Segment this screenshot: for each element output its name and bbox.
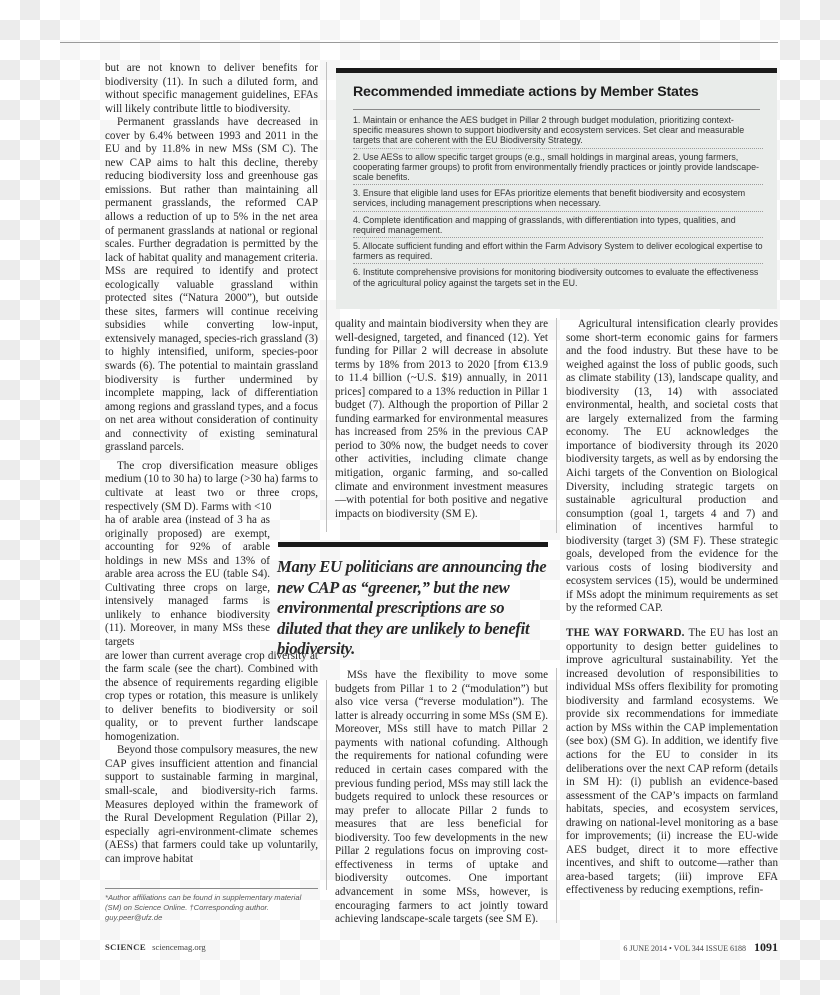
top-rule <box>60 42 778 43</box>
col2-paragraph-2: MSs have the flexibility to move some bu… <box>335 669 548 926</box>
issue-info: 6 JUNE 2014 • VOL 344 ISSUE 6188 <box>623 944 746 953</box>
footnote-rule <box>105 888 318 889</box>
recommendation-item: 1. Maintain or enhance the AES budget in… <box>353 114 763 149</box>
col1-paragraph-2: Permanent grasslands have decreased in c… <box>105 116 318 455</box>
box-title-rule <box>353 109 760 110</box>
column-divider-1 <box>326 62 327 532</box>
recommendation-item: 5. Allocate sufficient funding and effor… <box>353 240 763 264</box>
col3-paragraph-2: THE WAY FORWARD. The EU has lost an oppo… <box>566 627 778 898</box>
box-title: Recommended immediate actions by Member … <box>353 84 699 100</box>
recommendation-item: 6. Institute comprehensive provisions fo… <box>353 266 763 289</box>
col1-paragraph-3b: ha of arable area (instead of 3 ha as or… <box>105 514 270 649</box>
pull-quote-rule <box>278 542 548 547</box>
recommendations-box: Recommended immediate actions by Member … <box>336 68 777 309</box>
col1-paragraph-1: but are not known to deliver benefits fo… <box>105 62 318 116</box>
col1-paragraph-4: Beyond those compulsory measures, the ne… <box>105 744 318 866</box>
section-heading-way-forward: THE WAY FORWARD. <box>566 627 685 639</box>
col1-paragraph-3a: The crop diversification measure obliges… <box>105 460 318 514</box>
pull-quote: Many EU politicians are announcing the n… <box>277 557 552 660</box>
column-divider-1b <box>326 680 327 890</box>
column-3: Agricultural intensification clearly pro… <box>566 318 778 898</box>
footer-left: SCIENCE sciencemag.org <box>105 942 206 952</box>
col1-paragraph-3c: are lower than current average crop dive… <box>105 650 318 745</box>
column-divider-2 <box>556 318 557 533</box>
recommendations-list: 1. Maintain or enhance the AES budget in… <box>353 114 763 292</box>
col3-paragraph-1: Agricultural intensification clearly pro… <box>566 318 778 616</box>
footer-right: 6 JUNE 2014 • VOL 344 ISSUE 6188 1091 <box>623 940 778 955</box>
page-number: 1091 <box>754 940 778 954</box>
journal-name: SCIENCE <box>105 942 146 952</box>
recommendation-item: 3. Ensure that eligible land uses for EF… <box>353 187 763 211</box>
author-footnote: *Author affiliations can be found in sup… <box>105 893 318 924</box>
col2-paragraph-1: quality and maintain biodiversity when t… <box>335 318 548 521</box>
col3-paragraph-2-text: The EU has lost an opportunity to design… <box>566 627 778 896</box>
column-divider-2b <box>556 668 557 923</box>
journal-site-link[interactable]: sciencemag.org <box>152 942 206 952</box>
recommendation-item: 4. Complete identification and mapping o… <box>353 214 763 238</box>
column-1: but are not known to deliver benefits fo… <box>105 62 318 866</box>
recommendation-item: 2. Use AESs to allow specific target gro… <box>353 151 763 186</box>
